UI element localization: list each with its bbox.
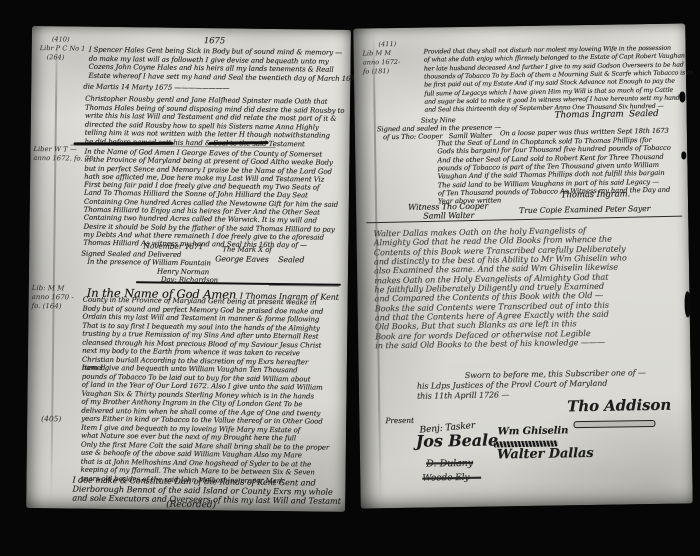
dallas-oath-text: Walter Dallas makes Oath on the holy Eva… [373, 225, 628, 350]
folio-margin-note-top: (410)Libr P C No 1(264) [40, 35, 86, 63]
mark-of-line: The Mark X of [222, 245, 272, 254]
ely-signature-struck: Woode Ely — [422, 473, 481, 484]
page-edge-mark [681, 151, 686, 159]
rousby-oath-text: Christopher Rousby gentl and Jane Halfhe… [85, 95, 345, 149]
manuscript-text-line: (264) [47, 53, 86, 62]
manuscript-text-line: (411) [378, 40, 400, 49]
addison-signature: Tho Addison [567, 396, 671, 416]
page-edge-mark [679, 91, 685, 102]
present-label: Present [385, 416, 414, 425]
eaves-signature: George Eaves Sealed [215, 254, 304, 264]
eaves-will-text: In the Name of God Amen I George Eaves o… [83, 148, 338, 251]
manuscript-page-left: (410)Libr P C No 1(264) 1675 I Spencer H… [26, 26, 351, 512]
hales-will-text: I Spencer Hales Gent being Sick in Body … [88, 46, 359, 84]
manuscript-photograph: (410)Libr P C No 1(264) 1675 I Spencer H… [0, 0, 700, 556]
folio-margin-note-top: (411)Lib M Manno 1672-fo (181) [362, 40, 400, 77]
manuscript-text-line: Lib: M M [32, 284, 74, 294]
eaves-attestation-line2: In the presence of William Fountain [87, 258, 211, 268]
year-heading: 1675 [204, 36, 225, 46]
manuscript-text-line: (410) [52, 35, 86, 44]
manuscript-page-right: (411)Lib M Manno 1672-fo (181) Provided … [353, 23, 692, 508]
ingram-will-item-text: Item I give and bequeath unto William Va… [80, 364, 330, 486]
signature-flourish-cartouche [573, 420, 655, 428]
ingram-continuation-text: Provided that they shall not disturb nor… [424, 44, 694, 115]
ghiselin-signature: Wm Ghiselin [498, 425, 569, 437]
dallas-signature: Walter Dallas [497, 446, 594, 463]
manuscript-text-line: in the said Old Books to the best of his… [375, 337, 628, 350]
true-copy-certification: True Copie Examined Peter Sayer [519, 204, 650, 215]
manuscript-text-line: Thomas Hilliard As witness my hand and S… [83, 239, 337, 250]
folio-margin-note-405: (405) [41, 414, 61, 423]
page-edge-mark [684, 291, 690, 317]
manuscript-text-line: fo (181) [363, 67, 401, 77]
loose-paper-text: That the Seat of Land in Choptanck sold … [437, 136, 672, 206]
witness-block: Witness Tho CooperSamll Walter [408, 203, 488, 221]
liber-mm-margin-note: Lib: M Manno 1670 -fo. (164) [32, 284, 74, 312]
ingram-seal-signature: Thomas Ingram Sealed [555, 109, 659, 121]
manuscript-text-line: fo. (164) [32, 302, 74, 312]
beale-signature: Jos Beale [416, 430, 499, 450]
hales-will-date-line: die Martis 14 Marty 1675 ———————— [83, 83, 229, 93]
recorded-flourish: (Recorded) [166, 500, 216, 511]
ingram-loose-paper-signature: Thomas Ingram. [561, 189, 630, 200]
manuscript-text-line: anno 1672- [363, 58, 401, 68]
dulany-signature-struck: D: Dulany [426, 458, 473, 470]
binding-crease [50, 30, 57, 502]
